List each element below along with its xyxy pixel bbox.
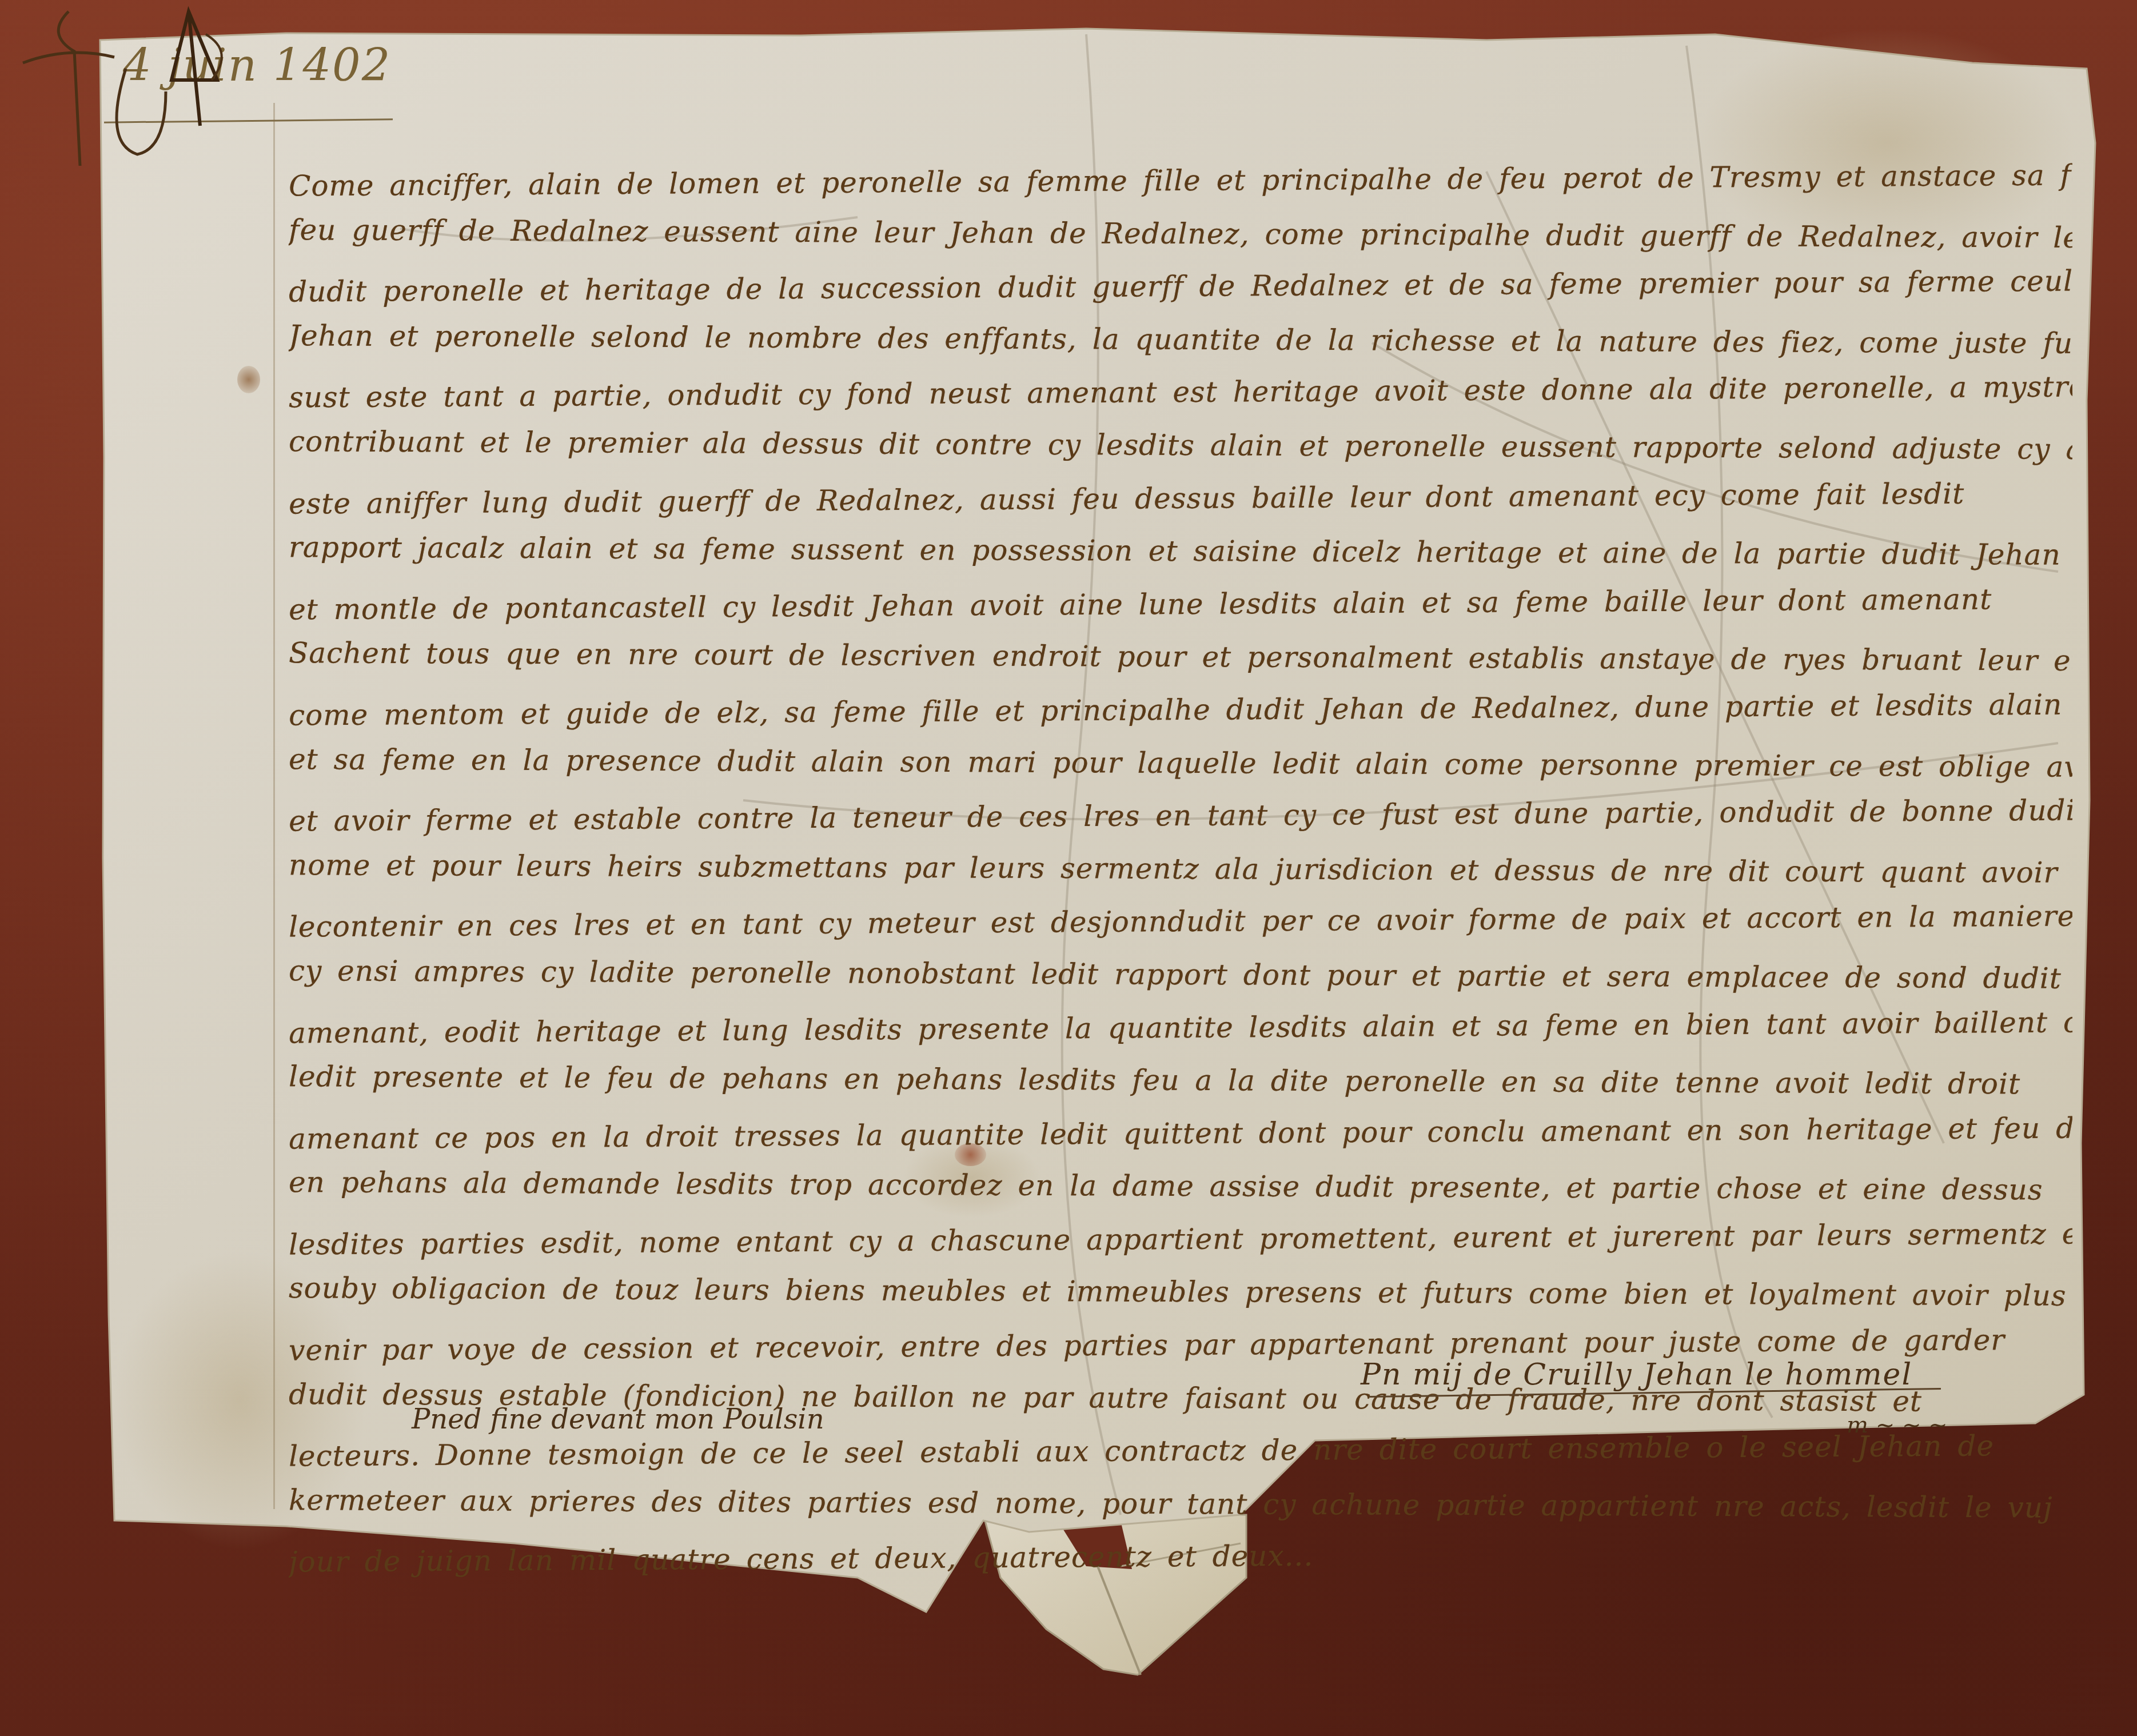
text-line: souby obligacion de touz leurs biens meu…: [289, 1262, 2072, 1323]
text-line: cy ensi ampres cy ladite peronelle nonob…: [289, 944, 2072, 1005]
text-line: en pehans ala demande lesdits trop accor…: [289, 1156, 2072, 1216]
notarial-mark-icon: [0, 0, 240, 171]
notary-name: Poulsin: [723, 1403, 824, 1435]
text-line: et montle de pontancastell cy lesdit Jeh…: [289, 572, 2073, 636]
text-line: este aniffer lung dudit guerff de Redaln…: [289, 466, 2073, 530]
text-line: dudit peronelle et heritage de la succes…: [289, 255, 2073, 319]
text-line: et sa feme en la presence dudit alain so…: [289, 733, 2072, 793]
text-line: amenant, eodit heritage et lung lesdits …: [289, 996, 2073, 1060]
text-line: lecontenir en ces lres et en tant cy met…: [289, 890, 2073, 954]
notary-attestation-right: Pn mij de Cruilly Jehan le hommel: [1361, 1358, 1912, 1392]
text-line: jour de juign lan mil quatre cens et deu…: [289, 1525, 2073, 1589]
text-line: et avoir ferme et estable contre la tene…: [289, 784, 2073, 848]
stain-mark: [237, 366, 260, 393]
text-line: come mentom et guide de elz, sa feme fil…: [289, 678, 2073, 742]
text-line: Come anciffer, alain de lomen et peronel…: [289, 149, 2073, 213]
text-line: Sachent tous que en nre court de lescriv…: [289, 627, 2072, 688]
text-line: ledit presente et le feu de pehans en pe…: [289, 1050, 2072, 1111]
signature-flourish: m ~ ~ ~: [1847, 1412, 1948, 1438]
text-line: sust este tant a partie, ondudit cy fond…: [289, 361, 2073, 425]
text-line: nome et pour leurs heirs subzmettans par…: [289, 839, 2072, 899]
text-line: feu guerff de Redalnez eussent aine leur…: [289, 203, 2072, 264]
text-line: contribuant et le premier ala dessus dit…: [289, 415, 2072, 476]
text-line: amenant ce pos en la droit tresses la qu…: [289, 1102, 2073, 1166]
margin-rule: [273, 103, 275, 1509]
text-line: kermeteer aux prieres des dites parties …: [289, 1474, 2072, 1534]
text-line: rapport jacalz alain et sa feme sussent …: [289, 521, 2072, 581]
text-line: Jehan et peronelle selond le nombre des …: [289, 309, 2072, 370]
text-line: lesdites parties esdit, nome entant cy a…: [289, 1207, 2073, 1271]
notary-attestation-left: Pned fine devant mon Poulsin: [412, 1403, 824, 1435]
attestation-text: Pned fine devant mon: [412, 1403, 715, 1435]
parchment-sheet: 4 juin 1402 Come anciffer, alain de lome…: [0, 0, 2137, 1736]
